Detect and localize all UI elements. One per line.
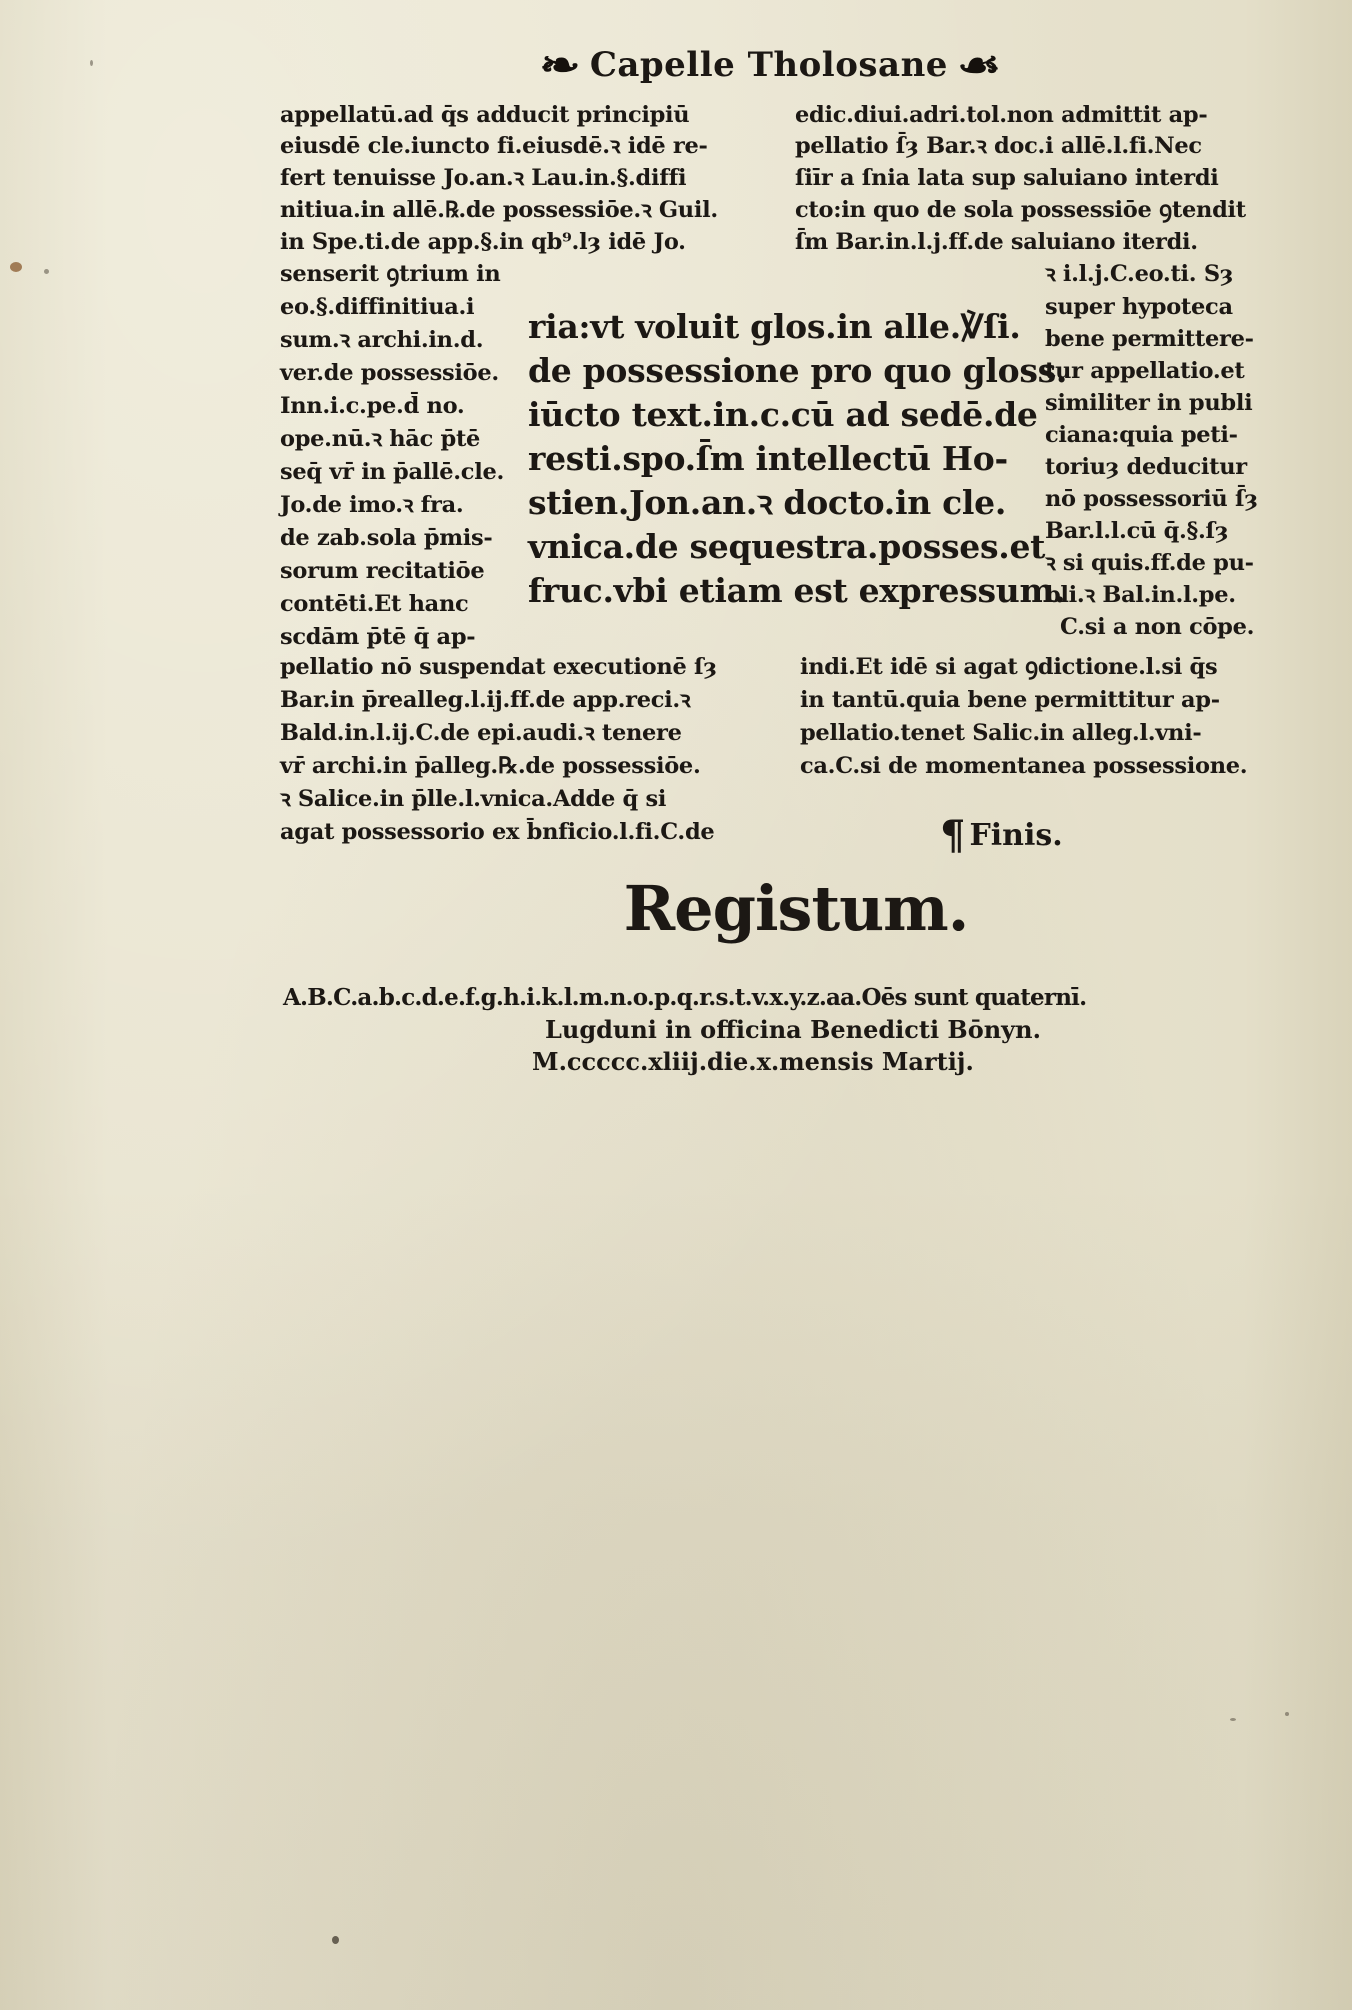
text-line: ria:vt voluit glos.in alle.℣ſi.: [528, 306, 1021, 348]
text-line: senserit ꝯtrium in: [280, 259, 500, 289]
fleuron-left-icon: ❧: [539, 46, 580, 84]
text-line: edic.diui.adri.tol.non admittit ap-: [795, 100, 1207, 130]
text-line: scdām p̄tē q̄ ap-: [280, 622, 475, 652]
text-line: similiter in publi: [1045, 388, 1252, 418]
text-line: fruc.vbi etiam est expressum.: [528, 570, 1065, 612]
text-line: pellatio nō suspendat executionē ſȝ: [280, 652, 717, 682]
text-line: in Spe.ti.de app.§.in qb⁹.lȝ idē Jo.: [280, 227, 686, 257]
text-line: super hypoteca: [1045, 292, 1233, 322]
text-line: ca.C.si de momentanea possessione.: [800, 751, 1247, 781]
text-line: eo.§.diffinitiua.i: [280, 292, 474, 322]
text-line: Bar.in p̄realleg.l.ij.ff.de app.reci.ꝛ: [280, 685, 690, 715]
foxing-spot: [10, 262, 22, 272]
text-line: agat possessorio ex b̄nficio.l.fi.C.de: [280, 817, 714, 847]
finis-mark: ¶Finis.: [940, 812, 1063, 859]
text-line: ſ̄m Bar.in.l.j.ff.de saluiano iterdi.: [795, 227, 1198, 257]
text-line: Bald.in.l.ij.C.de epi.audi.ꝛ tenere: [280, 718, 682, 748]
text-line: sorum recitatiōe: [280, 556, 484, 586]
text-line: ꝛ Salice.in p̄lle.l.vnica.Adde q̄ si: [280, 784, 666, 814]
text-line: eiusdē cle.iuncto fi.eiusdē.ꝛ idē re-: [280, 131, 708, 161]
registrum-heading: Registum.: [0, 872, 1352, 945]
text-line: ope.nū.ꝛ hāc p̄tē: [280, 424, 480, 454]
pilcrow-icon: ¶: [940, 812, 965, 859]
text-line: Jo.de imo.ꝛ fra.: [280, 490, 463, 520]
book-page: ❧ Capelle Tholosane ☙ appellatū.ad q̄s a…: [0, 0, 1352, 2010]
finis-text: Finis.: [969, 818, 1062, 853]
text-line: Bar.l.l.cū q̄.§.ſȝ: [1045, 516, 1228, 546]
text-line: ver.de possessiōe.: [280, 358, 499, 388]
text-line: nitiua.in allē.℞.de possessiōe.ꝛ Guil.: [280, 195, 718, 225]
text-line: ciana:quia peti-: [1045, 420, 1238, 450]
text-line: cto:in quo de sola possessiōe ꝯtendit: [795, 195, 1246, 225]
text-line: bene permittere-: [1045, 324, 1254, 354]
text-line: contēti.Et hanc: [280, 589, 468, 619]
text-line: iūcto text.in.c.cū ad sedē.de: [528, 394, 1038, 436]
running-head: ❧ Capelle Tholosane ☙: [490, 40, 1050, 90]
paper-speck: [90, 60, 93, 66]
fleuron-right-icon: ☙: [957, 46, 1001, 84]
text-line: indi.Et idē si agat ꝯdictione.l.si q̄s: [800, 652, 1217, 682]
text-line: ſiīr a ſnia lata sup saluiano interdi: [795, 163, 1219, 193]
text-line: C.si a non cōpe.: [1060, 612, 1254, 642]
paper-speck: [1230, 1718, 1236, 1721]
signature-register: A.B.C.a.b.c.d.e.f.g.h.i.k.l.m.n.o.p.q.r.…: [283, 982, 1086, 1014]
text-line: vnica.de sequestra.posses.et: [528, 526, 1045, 568]
text-line: sum.ꝛ archi.in.d.: [280, 325, 483, 355]
text-line: nō possessoriū ſ̄ȝ: [1045, 484, 1258, 514]
text-line: vr̄ archi.in p̄alleg.℞.de possessiōe.: [280, 751, 700, 781]
text-line: ꝛ i.l.j.C.eo.ti. Sȝ: [1045, 259, 1233, 289]
text-line: bli.ꝛ Bal.in.l.pe.: [1045, 580, 1236, 610]
text-line: resti.spo.ſ̄m intellectū Ho-: [528, 438, 1008, 480]
text-line: de zab.sola p̄mis-: [280, 523, 492, 553]
imprint-line: Lugduni in officina Benedicti Bōnyn.: [545, 1014, 1041, 1046]
text-line: Inn.i.c.pe.d̄ no.: [280, 391, 464, 421]
paper-speck: [1285, 1712, 1289, 1716]
paper-shading: [0, 1180, 1352, 2010]
text-line: toriuȝ deducitur: [1045, 452, 1247, 482]
paper-speck: [332, 1936, 339, 1944]
text-line: de possessione pro quo gloss.: [528, 350, 1067, 392]
text-line: tur appellatio.et: [1045, 356, 1244, 386]
text-line: pellatio ſ̄ȝ Bar.ꝛ doc.i allē.l.fi.Nec: [795, 131, 1202, 161]
text-line: pellatio.tenet Salic.in alleg.l.vni-: [800, 718, 1201, 748]
text-line: seq̄ vr̄ in p̄allē.cle.: [280, 457, 504, 487]
text-line: stien.Jon.an.ꝛ docto.in cle.: [528, 482, 1006, 524]
running-head-title: Capelle Tholosane: [590, 45, 948, 85]
date-line: M.ccccc.xliij.die.x.mensis Martij.: [532, 1046, 974, 1078]
text-line: ꝛ si quis.ff.de pu-: [1045, 548, 1254, 578]
text-line: fert tenuisse Jo.an.ꝛ Lau.in.§.diffi: [280, 163, 686, 193]
paper-speck: [44, 269, 49, 274]
text-line: appellatū.ad q̄s adducit principiū: [280, 100, 689, 130]
text-line: in tantū.quia bene permittitur ap-: [800, 685, 1220, 715]
